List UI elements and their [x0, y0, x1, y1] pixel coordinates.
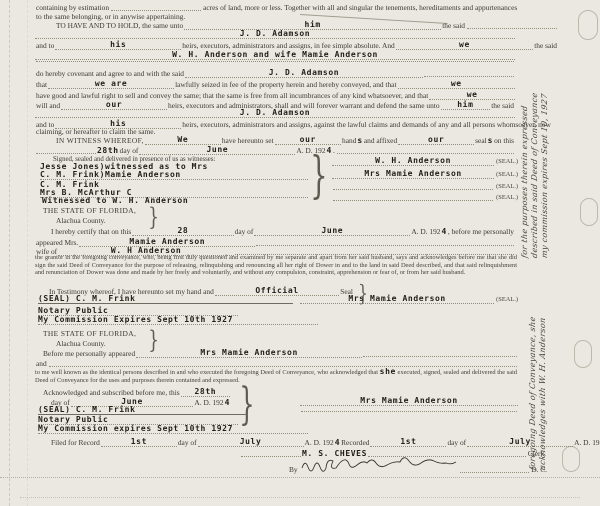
dotted-rule [333, 198, 493, 201]
form-line: that we are lawfully seized in fee of th… [35, 79, 515, 89]
commission-line: My Commission expires Sept 10th 1927 [38, 424, 308, 434]
printed-text: to me well known as the identical person… [35, 369, 378, 376]
typed-signature: Mrs Mamie Anderson [300, 396, 518, 406]
dotted-rule [333, 187, 493, 190]
printed-text: , before me personally [447, 227, 515, 236]
printed-text: acres of land, more or less. Together wi… [202, 3, 518, 12]
printed-text: Alachua County. [55, 339, 107, 348]
typed-entry-day: 1st [370, 437, 446, 447]
signature-line: Mrs Mamie Anderson [300, 396, 518, 406]
witness-note: Witnessed to W. H. Anderson [42, 196, 188, 205]
printed-text: do hereby covenant and agree to and with… [35, 69, 185, 78]
printed-text: seal [474, 136, 488, 145]
typed-entry-month: June [139, 145, 295, 155]
printed-text: day of [234, 227, 255, 236]
form-line [300, 409, 518, 413]
seal-label: (SEAL.) [494, 170, 518, 179]
bottom-rule-2 [20, 497, 580, 498]
typed-entry-day: 1st [101, 437, 177, 447]
dotted-rule [363, 354, 517, 357]
seal-signature-line: (SEAL.) [332, 193, 518, 202]
handwriting-line: my commission expires Sept 10, 1927 [540, 7, 550, 259]
form-line: J. D. Adamson [35, 108, 515, 118]
typed-entry-day: 28th [97, 146, 119, 155]
printed-text: Alachua County. [55, 216, 107, 225]
seal-label: (SEAL.) [494, 157, 518, 166]
seal-label: (SEAL.) [494, 295, 518, 304]
commission-line: My Commission Expires Sept 10th 1927 [38, 315, 318, 325]
printed-text: Acknowledged and subscribed before me, t… [42, 388, 181, 397]
printed-text: By [288, 465, 299, 474]
dotted-rule [460, 470, 530, 473]
bottom-rule-1 [0, 477, 600, 478]
typed-entry: our [398, 135, 474, 145]
typed-entry-grantee-name: J. D. Adamson [35, 29, 515, 39]
typed-entry: we [396, 40, 533, 50]
typed-entry: We [145, 135, 221, 145]
typed-entry-grantee-name: J. D. Adamson [35, 108, 515, 118]
typed-signature: Mrs Mamie Anderson [332, 169, 494, 179]
typed-entry: we [429, 90, 515, 100]
filing-line: Filed for Record 1st day of July A. D. 1… [50, 437, 542, 447]
typed-entry-month: July [198, 437, 304, 447]
typed-entry: our [275, 135, 342, 145]
form-line: Acknowledged and subscribed before me, t… [42, 387, 230, 397]
notary-seal-line: (SEAL) C. M. Frink [38, 294, 293, 304]
typed-entry-pronoun: she [380, 367, 396, 376]
printed-text: IN WITNESS WHEREOF, [55, 136, 145, 145]
form-line: do hereby covenant and agree to and with… [35, 68, 515, 78]
punch-hole [578, 10, 598, 40]
printed-text: lawfully seized in fee of the property h… [174, 80, 397, 89]
printed-text: the grantor in the foregoing conveyance,… [35, 254, 517, 276]
witness-line: C. M. Frink) Mamie Anderson [40, 170, 308, 180]
handwriting-line: described in said Deed of Conveyance [530, 7, 540, 259]
dower-paragraph: the grantor in the foregoing conveyance,… [35, 254, 517, 286]
form-line: IN WITNESS WHEREOF, We have hereunto set… [55, 135, 515, 145]
dotted-rule [337, 151, 514, 154]
typed-signature: W. H. Anderson [332, 156, 494, 166]
seal-label: (SEAL.) [494, 193, 518, 202]
scanned-deed-page: containing by estimation acres of land, … [0, 0, 600, 506]
typed-commission: My Commission Expires Sept 10th 1927 [38, 315, 233, 324]
printed-text: Filed for Record [50, 438, 101, 447]
printed-text: on this [493, 136, 515, 145]
printed-text: hand [341, 136, 357, 145]
dotted-rule [36, 151, 96, 154]
printed-text: A. D. 192 [304, 438, 335, 447]
printed-text: and [35, 359, 48, 368]
printed-text: that [35, 80, 48, 89]
printed-text: A. D. 192 [410, 227, 441, 236]
typed-entry-month: June [254, 226, 410, 236]
printed-text: I hereby certify that on this [50, 227, 132, 236]
dotted-rule [111, 8, 201, 11]
typed-entry-day: 28 [132, 226, 233, 236]
punch-hole [580, 198, 598, 226]
dotted-rule [301, 409, 517, 412]
typed-notary-name: (SEAL) C. M. Frink [38, 294, 136, 303]
typed-signature: Mrs Mamie Anderson [300, 294, 494, 304]
dotted-rule [36, 59, 514, 62]
seal-signature-line: W. H. Anderson (SEAL.) [332, 156, 518, 166]
typed-entry-grantee-name: J. D. Adamson [185, 68, 423, 78]
handwriting-line: for the purposes therein expressed [520, 7, 530, 259]
deputy-line: By D. C. [288, 456, 548, 474]
typed-notary-title: Notary Public [38, 415, 108, 424]
printed-text: have good and lawful right to sell and c… [35, 91, 429, 100]
form-line: J. D. Adamson [35, 29, 515, 39]
typed-entry: his [55, 40, 181, 50]
typed-entry-name: Mrs Mamie Anderson [136, 348, 362, 358]
typed-entry: we are [48, 79, 174, 89]
form-line: I hereby certify that on this 28 day of … [50, 226, 515, 236]
printed-text: containing by estimation [35, 3, 110, 12]
margin-note-top: for the purposes therein expressed descr… [520, 8, 578, 258]
handwriting-line: acknowledges with W. H. Anderson [538, 259, 548, 471]
printed-text: THE STATE OF FLORIDA, [42, 206, 137, 215]
printed-text: have hereunto set [221, 136, 275, 145]
deputy-signature [299, 456, 459, 474]
printed-text: Recorded [340, 438, 370, 447]
printed-text: . [332, 146, 336, 155]
typed-commission: My Commission expires Sept 10th 1927 [38, 424, 233, 433]
printed-text: day of [119, 146, 140, 155]
dotted-rule [424, 74, 514, 77]
typed-entry-day: 28th [181, 387, 230, 397]
form-line: Before me personally appeared Mrs Mamie … [42, 348, 518, 358]
punch-hole [574, 340, 592, 368]
left-fold-line-2 [27, 0, 28, 506]
form-line: and to his heirs, executors, administrat… [35, 40, 558, 50]
printed-text: day of [177, 438, 198, 447]
typed-entry: we [398, 79, 515, 89]
seal-signature-line: Mrs Mamie Anderson (SEAL.) [332, 169, 518, 179]
seal-signature-line: Mrs Mamie Anderson (SEAL.) [300, 294, 518, 304]
typed-notary-name: (SEAL) C. M. Frink [38, 405, 136, 414]
printed-text: and to [35, 41, 55, 50]
printed-text: day of [446, 438, 467, 447]
witness-bracket: } [310, 150, 327, 200]
form-line: have good and lawful right to sell and c… [35, 90, 515, 100]
form-line: 28th day of June A. D. 192 4 . [35, 145, 515, 155]
dotted-rule [49, 364, 517, 367]
seal-signature-line: (SEAL.) [332, 182, 518, 191]
printed-text: heirs, executors, administrators and ass… [181, 41, 395, 50]
printed-text: and affixed [363, 136, 398, 145]
typed-notary-title: Notary Public [38, 306, 108, 315]
form-line [35, 59, 515, 63]
form-line: and [35, 359, 518, 368]
printed-text: THE STATE OF FLORIDA, [42, 329, 137, 338]
notary-seal-line: (SEAL) C. M. Frink [38, 405, 248, 415]
left-fold-line [9, 0, 10, 506]
witness-name: C. M. Frink) [40, 170, 105, 179]
seal-label: (SEAL.) [494, 182, 518, 191]
printed-text: A. D. 192 [573, 438, 600, 447]
witness-note: Mamie Anderson [105, 170, 181, 179]
handwriting-line: foregoing Deed of Conveyance, she [528, 259, 538, 471]
printed-text: Before me personally appeared [42, 349, 136, 358]
margin-note-bottom: foregoing Deed of Conveyance, she acknow… [528, 260, 574, 470]
form-line: containing by estimation acres of land, … [35, 3, 558, 12]
